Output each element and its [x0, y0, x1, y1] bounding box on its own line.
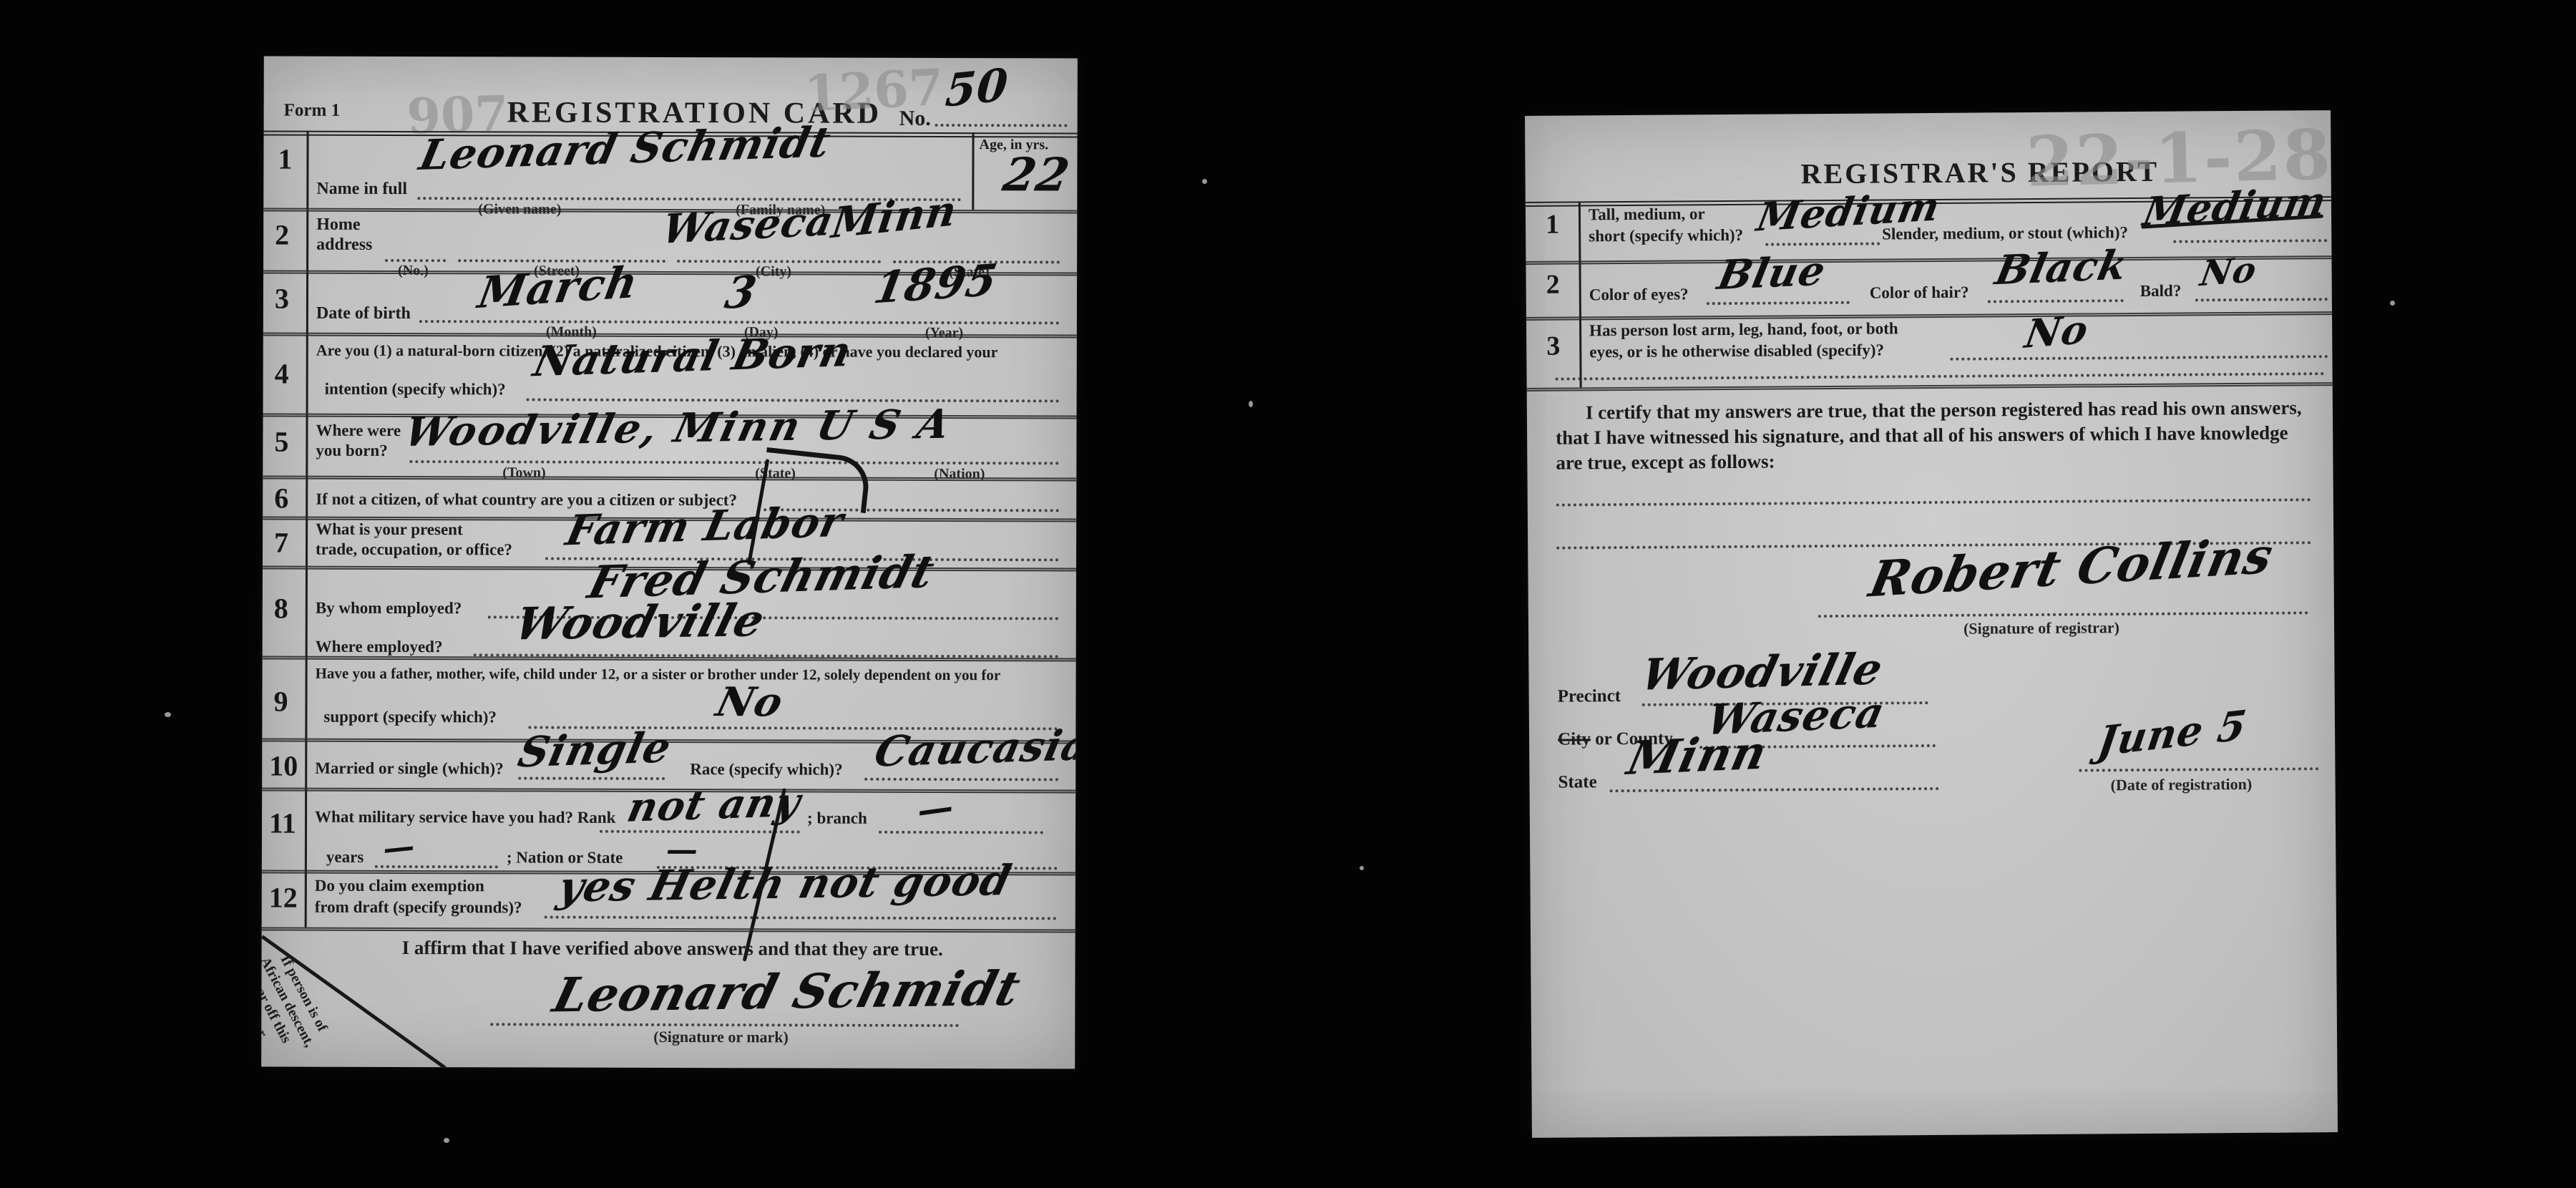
eyes-label: Color of eyes? [1589, 285, 1689, 304]
exemption-label-line1: Do you claim exemption [315, 877, 484, 896]
name-label: Name in full [316, 180, 407, 199]
number-column-line [305, 131, 309, 927]
dob-year-value: 1895 [870, 255, 1001, 313]
row10-number: 10 [269, 749, 298, 783]
dependents-label-line1: Have you a father, mother, wife, child u… [316, 665, 1001, 685]
film-speck [444, 1138, 449, 1143]
citizen-value: Natural Born [530, 327, 857, 386]
address-state-value: Minn [829, 185, 960, 248]
born-label-line1: Where were [316, 422, 401, 440]
dob-line [419, 320, 1060, 324]
address-line-no [385, 259, 446, 262]
height-label-line2: short (specify which)? [1589, 226, 1743, 246]
age-box-line [972, 132, 974, 210]
disability-value: No [2021, 306, 2092, 357]
row7-number: 7 [274, 526, 288, 560]
exemption-label-line2: from draft (specify grounds)? [315, 898, 522, 917]
hair-label: Color of hair? [1870, 283, 1969, 303]
form-label: Form 1 [284, 101, 341, 121]
born-label-line2: you born? [316, 442, 387, 460]
bald-label: Bald? [2140, 282, 2182, 301]
state-label: State [1558, 772, 1596, 792]
registration-card: Form 1 907 REGISTRATION CARD 1267 No. 50… [261, 57, 1078, 1069]
married-label: Married or single (which)? [315, 759, 503, 779]
citizen-line [527, 398, 1060, 402]
dependents-label-line2: support (specify which)? [323, 708, 497, 727]
date-sublabel: (Date of registration) [2110, 775, 2252, 794]
bald-line [2195, 298, 2328, 301]
row4-number: 4 [275, 357, 289, 391]
report-row1-number: 1 [1546, 209, 1559, 240]
no-line [935, 124, 1068, 127]
disability-extra-line [1556, 372, 2325, 381]
precinct-label: Precinct [1558, 686, 1621, 707]
address-line-city [677, 260, 881, 263]
military-label: What military service have you had? Rank [315, 808, 615, 827]
race-label: Race (specify which)? [690, 760, 842, 779]
age-value: 22 [999, 148, 1073, 202]
branch-dash: — [914, 785, 957, 832]
row9-number: 9 [273, 685, 288, 719]
build-label: Slender, medium, or stout (which)? [1882, 223, 2128, 243]
report-row3-number: 3 [1546, 331, 1560, 362]
born-value: Woodville, Minn U S A [400, 400, 956, 456]
row12-number: 12 [269, 881, 298, 915]
exemption-value: yes Helth not good [554, 856, 1017, 912]
film-speck [1775, 1073, 1780, 1078]
where-employed-value: Woodville [509, 594, 771, 650]
scanned-document-page: Form 1 907 REGISTRATION CARD 1267 No. 50… [0, 0, 2576, 1188]
disability-line [1950, 355, 2328, 361]
trade-value: Farm Labor [562, 497, 848, 555]
dob-month-value: March [474, 257, 642, 318]
disability-label-line1: Has person lost arm, leg, hand, foot, or… [1589, 319, 1898, 340]
row6-number: 6 [274, 482, 288, 515]
blank-line-1 [1556, 498, 2311, 506]
trade-label-line2: trade, occupation, or office? [316, 540, 512, 560]
row8-number: 8 [274, 592, 288, 625]
row1-number: 1 [278, 142, 292, 176]
corner-note: If person is of African descent, tear of… [261, 945, 335, 1068]
report-row2-number: 2 [1546, 269, 1560, 301]
disability-label-line2: eyes, or is he otherwise disabled (speci… [1589, 341, 1884, 361]
married-line [518, 776, 665, 780]
state-value: Minn [1623, 726, 1772, 786]
state-line [1610, 787, 1939, 792]
height-line [1765, 242, 1880, 245]
report-number-column-line [1579, 201, 1582, 387]
citizen-question-line2: intention (specify which)? [325, 380, 506, 399]
dob-year-sublabel: (Year) [925, 325, 963, 341]
no-value: 50 [944, 58, 1010, 117]
where-employed-label: Where employed? [316, 638, 443, 656]
no-label: No. [899, 107, 931, 131]
date-line [2079, 767, 2318, 771]
race-line [864, 778, 1058, 782]
registrar-signature-sublabel: (Signature of registrar) [1963, 618, 2119, 638]
exemption-line [545, 916, 1057, 920]
row11-number: 11 [269, 807, 296, 840]
years-label: years [326, 848, 364, 867]
address-city-value: Waseca [658, 197, 838, 253]
married-value: Single [514, 723, 675, 776]
hair-value: Black [1991, 241, 2132, 294]
film-speck [2390, 301, 2395, 306]
row3-number: 3 [275, 282, 289, 316]
trade-label-line1: What is your present [316, 520, 463, 540]
row12-separator [262, 927, 1075, 933]
registrar-signature-line [1818, 611, 2308, 618]
row2-number: 2 [275, 218, 289, 252]
dob-label: Date of birth [316, 304, 411, 323]
eyes-value: Blue [1714, 247, 1830, 299]
home-label: Home [316, 215, 360, 235]
film-speck [1202, 179, 1207, 184]
film-speck [165, 712, 171, 717]
registrant-signature: Leonard Schmidt [547, 960, 1026, 1023]
registrar-signature: Robert Collins [1865, 527, 2278, 608]
film-speck [1360, 866, 1364, 870]
eyes-line [1707, 301, 1850, 305]
affirmation-text: I affirm that I have verified above answ… [402, 937, 943, 960]
address-label: address [316, 235, 372, 255]
report-row3-separator [1527, 382, 2333, 391]
signature-sublabel: (Signature or mark) [653, 1028, 789, 1046]
branch-label: ; branch [807, 809, 867, 828]
height-label-line1: Tall, medium, or [1589, 205, 1705, 224]
report-row2-separator [1526, 311, 2332, 321]
race-value: Caucasian [870, 719, 1078, 776]
date-value: June 5 [2094, 701, 2250, 766]
branch-line [879, 831, 1043, 834]
employer-label: By whom employed? [316, 599, 462, 618]
bald-value: No [2197, 250, 2260, 295]
years-dash: — [381, 828, 417, 867]
registrars-report-card: REGISTRAR'S REPORT 22-1-28.A 1 Tall, med… [1525, 110, 2338, 1138]
row5-number: 5 [274, 425, 288, 459]
signature-line [490, 1023, 959, 1027]
film-speck [1249, 401, 1253, 407]
hair-line [1988, 299, 2124, 303]
certification-text: I certify that my answers are true, that… [1556, 395, 2308, 476]
county-label-struck: City [1558, 729, 1591, 749]
build-line [2173, 239, 2327, 243]
dependents-value: No [711, 678, 788, 726]
